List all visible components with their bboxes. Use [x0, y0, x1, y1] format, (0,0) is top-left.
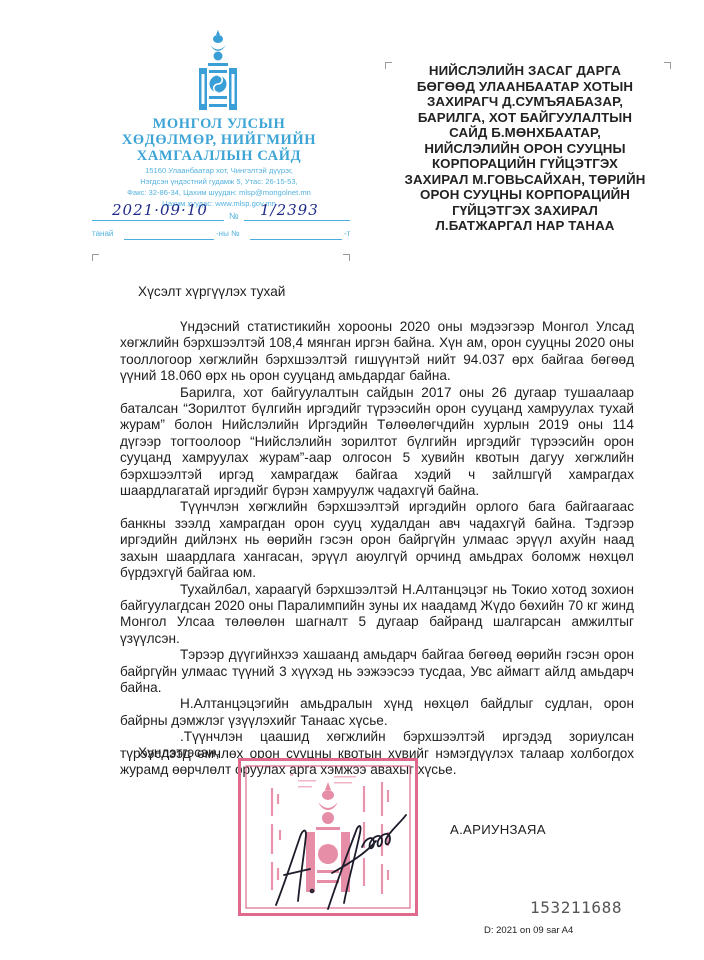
ministry-name-line: ХАМГААЛЛЫН САЙД: [96, 148, 342, 164]
signer-name: А.АРИУНЗАЯА: [450, 822, 546, 837]
ministry-name-line: ХӨДӨЛМӨР, НИЙГМИЙН: [96, 132, 342, 148]
addressee-line: БӨГӨӨД УЛААНБААТАР ХОТЫН: [390, 79, 660, 95]
corner-mark: [343, 254, 350, 261]
ref-prefix: танай: [92, 229, 113, 238]
contact-line: Факс: 32-86-34, Цахим шуудан: mlsp@mongo…: [96, 187, 342, 198]
letter-number: 1/2393: [260, 201, 319, 219]
ref-suffix: -т: [344, 229, 350, 238]
ref-number-underline: [250, 239, 342, 240]
handwritten-signature-icon: [270, 805, 410, 915]
letter-subject: Хүсэлт хүргүүлэх тухай: [138, 284, 285, 299]
addressee-line: НИЙСЛЭЛИЙН ЗАСАГ ДАРГА: [390, 63, 660, 79]
registration-number: 153211688: [530, 898, 622, 917]
letter-body: Үндэсний статистикийн хорооны 2020 оны м…: [120, 319, 634, 778]
number-underline: [244, 220, 350, 221]
ref-mid: -ны №: [216, 229, 240, 238]
soyombo-emblem-icon: [196, 30, 240, 112]
addressee-line: НИЙСЛЭЛИЙН ОРОН СУУЦНЫ: [390, 141, 660, 157]
addressee-line: ОРОН СУУЦНЫ КОРПОРАЦИЙН: [390, 187, 660, 203]
ministry-name: МОНГОЛ УЛСЫН ХӨДӨЛМӨР, НИЙГМИЙН ХАМГААЛЛ…: [96, 116, 342, 164]
body-paragraph: Барилга, хот байгуулалтын сайдын 2017 он…: [120, 385, 634, 500]
body-paragraph: Үндэсний статистикийн хорооны 2020 оны м…: [120, 319, 634, 385]
body-paragraph: Тэрээр дүүгийнхээ хашаанд амьдарч байгаа…: [120, 647, 634, 696]
addressee-line: КОРПОРАЦИЙН ГҮЙЦЭТГЭХ: [390, 156, 660, 172]
addressee-line: ЗАХИРАЛ М.ГОВЬСАЙХАН, ТӨРИЙН: [390, 172, 660, 188]
address-line: 15160 Улаанбаатар хот, Чингэлтэй дүүрэг,: [96, 165, 342, 176]
corner-mark: [664, 62, 671, 69]
address-line: Нэгдсэн үндэстний гудамж 5, Утас: 26-15-…: [96, 176, 342, 187]
ref-date-underline: [124, 239, 214, 240]
body-paragraph: Н.Алтанцэцэгийн амьдралын хүнд нөхцөл ба…: [120, 696, 634, 729]
addressee-line: БАРИЛГА, ХОТ БАЙГУУЛАЛТЫН: [390, 110, 660, 126]
ministry-name-line: МОНГОЛ УЛСЫН: [96, 116, 342, 132]
number-label: №: [229, 211, 239, 221]
addressee-line: САЙД Б.МӨНХБААТАР,: [390, 125, 660, 141]
corner-mark: [92, 254, 99, 261]
addressee-line: Л.БАТЖАРГАЛ НАР ТАНАА: [390, 218, 660, 234]
document-footnote: D: 2021 on 09 sar A4: [484, 925, 573, 936]
date-underline: [92, 220, 224, 221]
body-paragraph: Түүнчлэн хөгжлийн бэрхшээлтэй иргэдийн о…: [120, 499, 634, 581]
closing-salutation: Хүндэтгэсэн,: [138, 745, 219, 760]
addressee-line: ГҮЙЦЭТГЭХ ЗАХИРАЛ: [390, 203, 660, 219]
letter-date: 2021·09·10: [112, 201, 208, 219]
addressee-block: НИЙСЛЭЛИЙН ЗАСАГ ДАРГА БӨГӨӨД УЛААНБААТА…: [390, 63, 660, 234]
addressee-line: ЗАХИРАГЧ Д.СУМЪЯАБАЗАР,: [390, 94, 660, 110]
body-paragraph: Тухайлбал, хараагүй бэрхшээлтэй Н.Алтанц…: [120, 582, 634, 648]
